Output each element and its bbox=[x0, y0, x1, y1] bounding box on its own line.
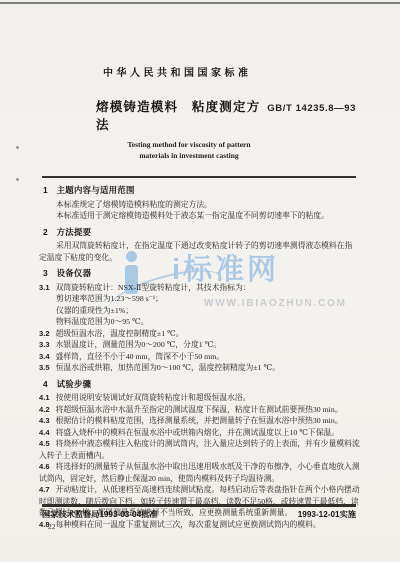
clause-text: 盛样筒，直径不小于40 mm，筒深不小于50 mm。 bbox=[56, 352, 225, 361]
document-page: i标准网 WWW.IBIAOZHUN.COM 中华人民共和国国家标准 熔模铸造模… bbox=[0, 0, 400, 562]
clause-item: 3.5恒温水浴或烘箱，加热范围为0～100 ℃，温度控制精度为±1 ℃。 bbox=[39, 362, 360, 374]
clause-number: 3.5 bbox=[39, 363, 50, 372]
clause-item: 3.3水银温度计，测量范围为0～200 ℃，分度1 ℃。 bbox=[39, 339, 360, 351]
clause-number: 4.7 bbox=[39, 485, 50, 494]
clause-number: 3.2 bbox=[39, 329, 50, 338]
title-english-line1: Testing method for viscosity of pattern bbox=[0, 139, 378, 150]
clause-text: 每种模料在同一温度下重复测试三次，每次重复测试应更换测试筒内的模料。 bbox=[56, 520, 321, 529]
clause-text: 超级恒温水浴，温度控制精度±1 ℃。 bbox=[56, 329, 184, 338]
document-body: 1 主题内容与适用范围 本标准规定了熔模铸造模料粘度的测定方法。 本标准适用于测… bbox=[39, 185, 360, 530]
clause-item: 3.1双筒旋转粘度计：NSX-Ⅱ型旋转粘度计，其技术指标为： bbox=[39, 282, 360, 294]
clause-number: 4.2 bbox=[39, 405, 50, 414]
paragraph: 本标准适用于测定熔模铸造模料处于液态某一指定温度不同剪切速率下的粘度。 bbox=[39, 210, 360, 222]
title-row: 熔模铸造模料 粘度测定方法 GB/T 14235.8—93 bbox=[96, 97, 356, 133]
footer: 国家技术监督局1993-03-04批准 1993-12-01实施 bbox=[42, 509, 356, 520]
section-1-heading: 1 主题内容与适用范围 bbox=[43, 185, 360, 197]
clause-text: 双筒旋转粘度计：NSX-Ⅱ型旋转粘度计，其技术指标为： bbox=[56, 283, 251, 292]
clause-number: 4.1 bbox=[39, 393, 50, 402]
implementation-date: 1993-12-01实施 bbox=[298, 509, 356, 520]
paragraph: 采用双筒旋转粘度计，在指定温度下通过改变粘度计转子的剪切速率测得液态模料在指定温… bbox=[39, 240, 360, 263]
clause-item: 4.5将烧杯中液态模料注入粘度计的测试筒内，注入量应达到转子的上表面，并有少量模… bbox=[39, 438, 360, 461]
clause-text: 将烧杯中液态模料注入粘度计的测试筒内，注入量应达到转子的上表面，并有少量模料流入… bbox=[39, 439, 360, 460]
clause-item: 4.6将选择好的测量转子从恒温水浴中取出迅速用吸水纸及干净的布擦净，小心垂直地放… bbox=[39, 461, 360, 484]
scan-speck bbox=[16, 146, 19, 149]
standard-number: GB/T 14235.8—93 bbox=[267, 103, 356, 114]
footer-divider bbox=[42, 504, 356, 507]
clause-item: 4.8每种模料在同一温度下重复测试三次，每次重复测试应更换测试筒内的模料。 bbox=[39, 519, 360, 531]
section-3-heading: 3 设备仪器 bbox=[43, 268, 360, 280]
clause-number: 4.3 bbox=[39, 416, 50, 425]
scan-edge-line bbox=[0, 2, 400, 4]
clause-text: 恒温水浴或烘箱，加热范围为0～100 ℃，温度控制精度为±1 ℃。 bbox=[56, 363, 280, 372]
clause-number: 4.5 bbox=[39, 439, 50, 448]
spec-line: 仪器的重现性为±1%； bbox=[56, 305, 360, 317]
spec-line: 物料温度范围为0～95 ℃。 bbox=[56, 316, 360, 328]
clause-item: 3.2超级恒温水浴，温度控制精度±1 ℃。 bbox=[39, 328, 360, 340]
clause-item: 4.4将盛入烧杯中的模料在恒温水浴中或烘箱内熔化，并在测试温度以上10 ℃下保温… bbox=[39, 427, 360, 439]
clause-number: 3.4 bbox=[39, 352, 50, 361]
page-title: 熔模铸造模料 粘度测定方法 bbox=[96, 97, 267, 133]
clause-text: 将超级恒温水浴中水温升至指定的测试温度下保温，粘度计在测试前要预热30 min。 bbox=[56, 405, 343, 414]
clause-item: 3.4盛样筒，直径不小于40 mm，筒深不小于50 mm。 bbox=[39, 351, 360, 363]
clause-item: 4.2将超级恒温水浴中水温升至指定的测试温度下保温，粘度计在测试前要预热30 m… bbox=[39, 404, 360, 416]
national-standard-label: 中华人民共和国国家标准 bbox=[103, 64, 400, 79]
scan-speck bbox=[16, 178, 19, 181]
spec-line: 剪切速率范围为1.23～598 s⁻¹； bbox=[56, 293, 360, 305]
clause-text: 根据估计的模料粘度范围，选择测量系统，并把测量转子在恒温水浴中预热30 min。 bbox=[56, 416, 343, 425]
clause-text: 将选择好的测量转子从恒温水浴中取出迅速用吸水纸及干净的布擦净，小心垂直地放入测试… bbox=[39, 462, 360, 483]
paragraph: 本标准规定了熔模铸造模料粘度的测定方法。 bbox=[39, 199, 360, 211]
clause-number: 3.1 bbox=[39, 283, 50, 292]
approval-note: 国家技术监督局1993-03-04批准 bbox=[42, 509, 158, 520]
document-header: 中华人民共和国国家标准 熔模铸造模料 粘度测定方法 GB/T 14235.8—9… bbox=[0, 64, 400, 178]
clause-number: 3.3 bbox=[39, 340, 50, 349]
clause-text: 将盛入烧杯中的模料在恒温水浴中或烘箱内熔化，并在测试温度以上10 ℃下保温。 bbox=[56, 428, 340, 437]
section-2-heading: 2 方法提要 bbox=[43, 227, 360, 239]
section-4-heading: 4 试验步骤 bbox=[43, 379, 360, 391]
clause-item: 4.1按使用说明安装调试好双筒旋转粘度计和超级恒温水浴。 bbox=[39, 392, 360, 404]
header-divider bbox=[42, 176, 356, 178]
clause-item: 4.3根据估计的模料粘度范围，选择测量系统，并把测量转子在恒温水浴中预热30 m… bbox=[39, 415, 360, 427]
page-number: 22 bbox=[48, 522, 56, 531]
clause-text: 水银温度计，测量范围为0～200 ℃，分度1 ℃。 bbox=[56, 340, 222, 349]
clause-text: 按使用说明安装调试好双筒旋转粘度计和超级恒温水浴。 bbox=[56, 393, 251, 402]
clause-number: 4.6 bbox=[39, 462, 50, 471]
clause-number: 4.4 bbox=[39, 428, 50, 437]
title-english-line2: materials in investment casting bbox=[0, 150, 378, 161]
